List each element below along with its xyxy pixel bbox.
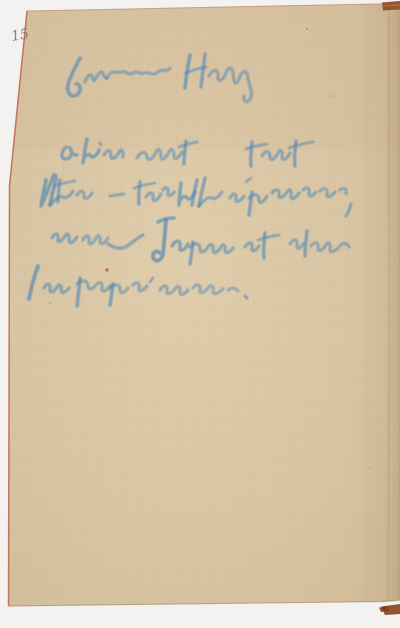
scan-background: Seymour Haden a bien avant tout lettres …	[0, 0, 400, 628]
foxing-speck	[369, 467, 371, 469]
foxing-speck	[49, 302, 51, 304]
scanned-page-image: 15	[0, 0, 400, 628]
paper-grain	[0, 0, 400, 628]
folio-number: 15	[10, 26, 30, 45]
foxing-speck	[306, 28, 308, 30]
foxing-speck	[330, 95, 332, 97]
gutter-shadow	[352, 0, 400, 628]
foxing-speck	[105, 268, 108, 271]
binding-edge-top-highlight	[383, 5, 400, 6]
